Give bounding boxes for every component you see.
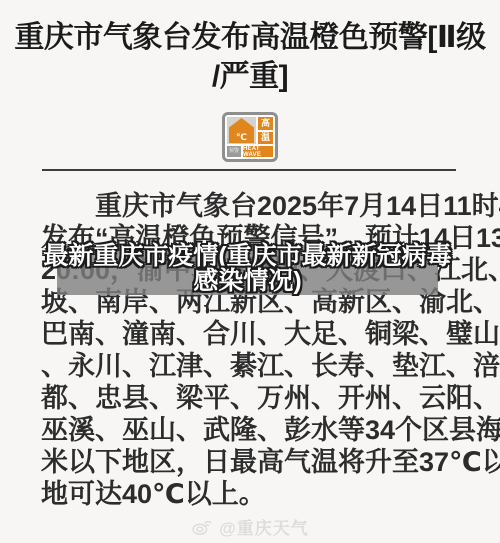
body-line: 都、忠县、梁平、万州、开州、云阳、奉节、 (41, 382, 461, 414)
body-line: 地可达40℃以上。 (41, 478, 461, 510)
caption-line-1: 最新重庆市疫情(重庆市最新新冠病毒 (43, 242, 451, 270)
char-gao: 高 (258, 117, 273, 130)
page-title: 重庆市气象台发布高温橙色预警[Ⅱ级 /严重] (0, 18, 500, 96)
body-line: 巫溪、巫山、武隆、彭水等34个区县海拔400 (41, 414, 461, 446)
body-line: 米以下地区，日最高气温将升至37℃以上，局 (41, 446, 461, 478)
watermark-text: @重庆天气 (219, 514, 309, 539)
watermark: @重庆天气 (0, 514, 500, 539)
title-line-1: 重庆市气象台发布高温橙色预警[Ⅱ级 (0, 18, 500, 57)
title-line-2: /严重] (0, 57, 500, 96)
weibo-icon (191, 518, 213, 536)
divider-line (42, 169, 456, 171)
alert-badge: 预警 (227, 146, 241, 157)
body-line: 巴南、潼南、合川、大足、铜梁、璧山、荣昌 (41, 318, 461, 350)
body-line: 、永川、江津、綦江、长寿、垫江、涪陵、丰 (41, 350, 461, 382)
caption-line-2: 感染情况) (193, 267, 301, 295)
weather-alert-image: 重庆市气象台发布高温橙色预警[Ⅱ级 /严重] ℃ 高 温 预警 HEAT WAV… (0, 0, 500, 543)
caption-overlay: 最新重庆市疫情(重庆市最新新冠病毒 感染情况) (57, 245, 438, 295)
alert-body-text: 重庆市气象台2025年7月14日11时40分 发布“高温橙色预警信号”，预计14… (41, 190, 461, 510)
heat-wave-warning-icon: ℃ 高 温 预警 HEAT WAVE (222, 112, 278, 162)
body-line: 重庆市气象台2025年7月14日11时40分 (41, 190, 461, 222)
heat-wave-icon-top: ℃ 高 温 (227, 117, 273, 144)
thermometer-house-icon: ℃ (227, 117, 256, 144)
char-wen: 温 (258, 132, 273, 145)
celsius-symbol: ℃ (236, 131, 247, 143)
heat-wave-label: HEAT WAVE (243, 146, 273, 157)
